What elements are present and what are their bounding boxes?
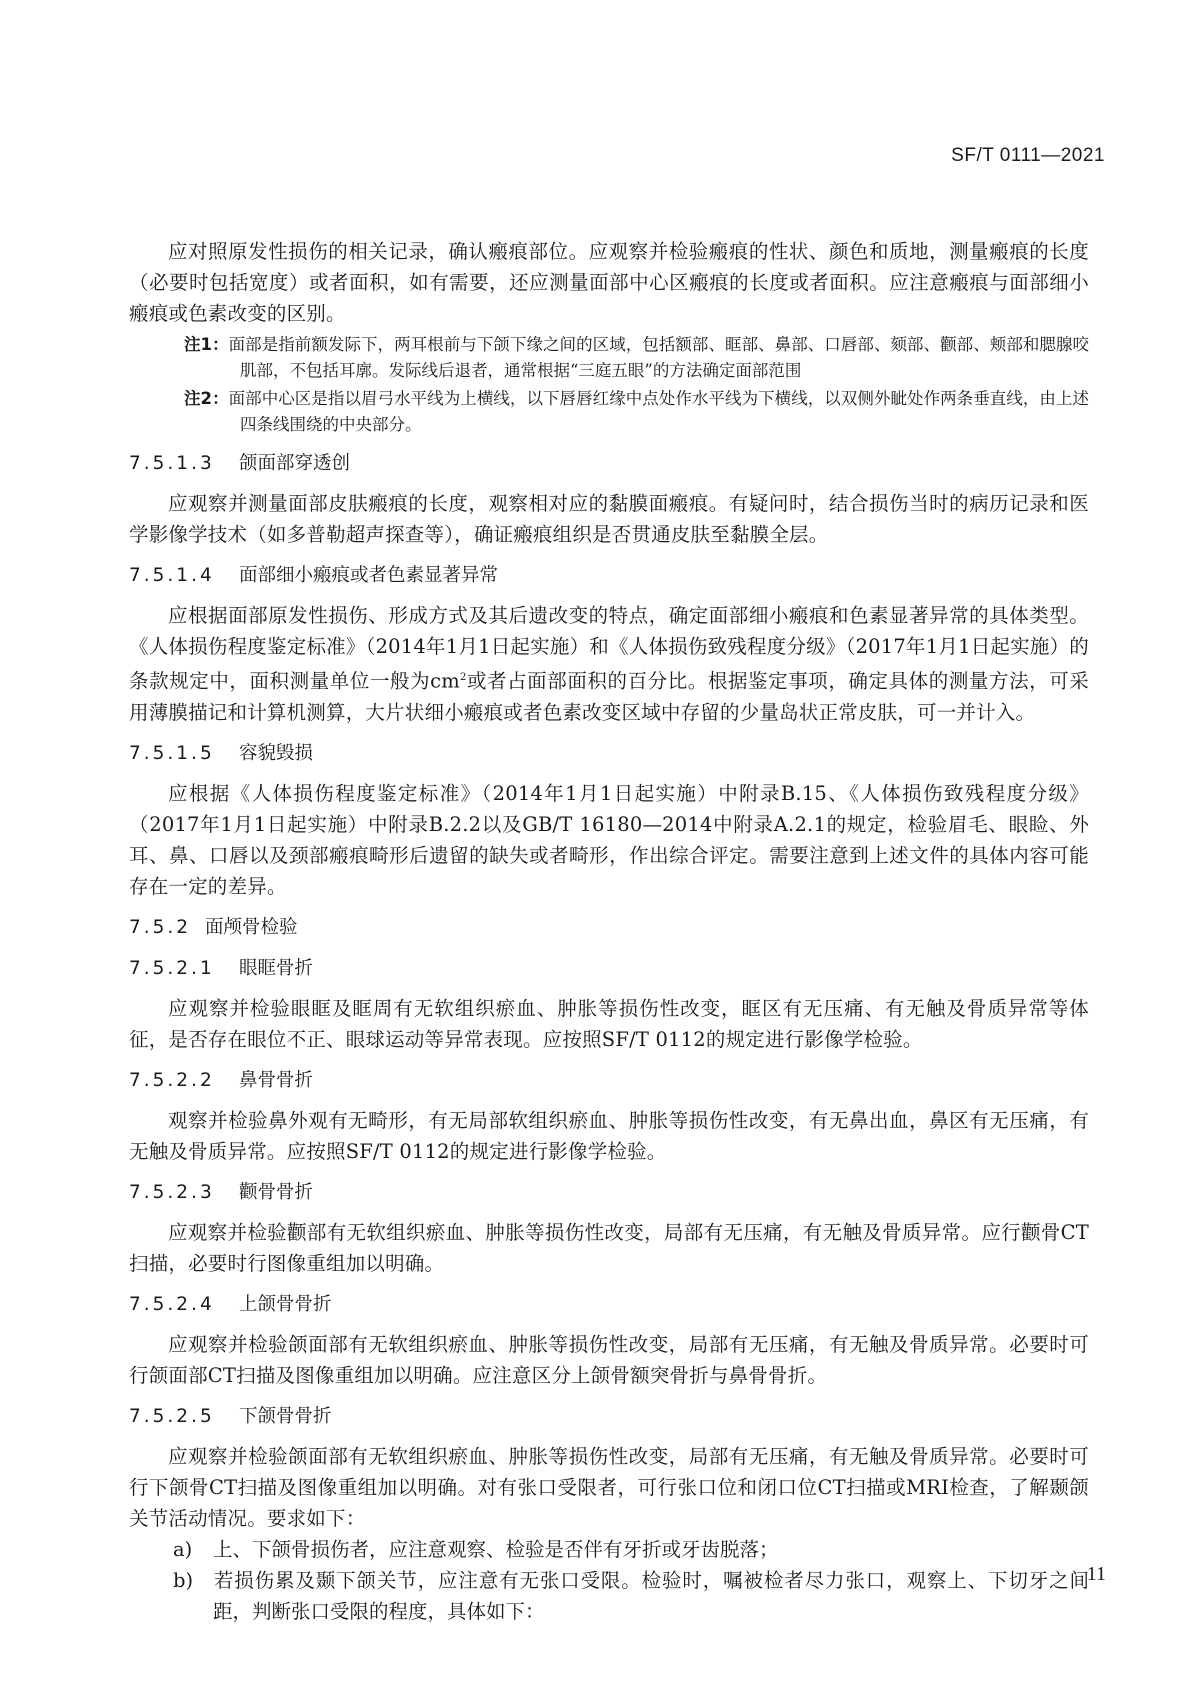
list-item-text: 上、下颌骨损伤者，应注意观察、检验是否伴有牙折或牙齿脱落； xyxy=(213,1538,779,1561)
list-item-a: a)上、下颌骨损伤者，应注意观察、检验是否伴有牙折或牙齿脱落； xyxy=(129,1534,1089,1565)
section-number: 7.5.2.5 xyxy=(129,1402,239,1432)
section-paragraph: 观察并检验鼻外观有无畸形，有无局部软组织瘀血、肿胀等损伤性改变，有无鼻出血，鼻区… xyxy=(129,1105,1089,1167)
list-marker: b) xyxy=(173,1565,213,1596)
section-number: 7.5.2.4 xyxy=(129,1290,239,1320)
section-paragraph: 应观察并检验眼眶及眶周有无软组织瘀血、肿胀等损伤性改变，眶区有无压痛、有无触及骨… xyxy=(129,993,1089,1055)
section-title: 容貌毁损 xyxy=(239,743,313,764)
section-heading-7-5-2-1: 7.5.2.1眼眶骨折 xyxy=(129,954,1089,984)
section-heading-7-5-2: 7.5.2面颅骨检验 xyxy=(129,913,1089,943)
note-text: 面部是指前额发际下，两耳根前与下颌下缘之间的区域，包括额部、眶部、鼻部、口唇部、… xyxy=(229,335,1089,380)
section-number: 7.5.1.5 xyxy=(129,739,239,769)
section-heading-7-5-1-3: 7.5.1.3颌面部穿透创 xyxy=(129,449,1089,479)
section-title: 面颅骨检验 xyxy=(205,917,298,938)
section-heading-7-5-2-5: 7.5.2.5下颌骨骨折 xyxy=(129,1402,1089,1432)
section-number: 7.5.2.3 xyxy=(129,1178,239,1208)
list-item-b: b)若损伤累及颞下颌关节，应注意有无张口受限。检验时，嘱被检者尽力张口，观察上、… xyxy=(129,1565,1089,1627)
note-1: 注1：面部是指前额发际下，两耳根前与下颌下缘之间的区域，包括额部、眶部、鼻部、口… xyxy=(129,332,1089,384)
section-paragraph: 应观察并测量面部皮肤瘢痕的长度，观察相对应的黏膜面瘢痕。有疑问时，结合损伤当时的… xyxy=(129,488,1089,550)
section-title: 上颌骨骨折 xyxy=(239,1294,332,1315)
intro-paragraph: 应对照原发性损伤的相关记录，确认瘢痕部位。应观察并检验瘢痕的性状、颜色和质地，测… xyxy=(129,236,1089,329)
document-code: SF/T 0111—2021 xyxy=(951,145,1105,167)
section-title: 面部细小瘢痕或者色素显著异常 xyxy=(239,565,498,586)
section-number: 7.5.1.4 xyxy=(129,561,239,591)
note-label: 注1： xyxy=(184,335,229,354)
page-number: 11 xyxy=(1087,1563,1106,1586)
section-title: 颧骨骨折 xyxy=(239,1182,313,1203)
section-number: 7.5.2.1 xyxy=(129,954,239,984)
section-title: 下颌骨骨折 xyxy=(239,1406,332,1427)
section-heading-7-5-1-5: 7.5.1.5容貌毁损 xyxy=(129,739,1089,769)
section-number: 7.5.2.2 xyxy=(129,1066,239,1096)
section-number: 7.5.2 xyxy=(129,913,205,943)
note-2: 注2：面部中心区是指以眉弓水平线为上横线，以下唇唇红缘中点处作水平线为下横线，以… xyxy=(129,386,1089,438)
section-title: 眼眶骨折 xyxy=(239,958,313,979)
section-paragraph: 应观察并检验颧部有无软组织瘀血、肿胀等损伤性改变，局部有无压痛，有无触及骨质异常… xyxy=(129,1217,1089,1279)
section-heading-7-5-2-4: 7.5.2.4上颌骨骨折 xyxy=(129,1290,1089,1320)
list-item-text: 若损伤累及颞下颌关节，应注意有无张口受限。检验时，嘱被检者尽力张口，观察上、下切… xyxy=(213,1569,1089,1623)
note-text: 面部中心区是指以眉弓水平线为上横线，以下唇唇红缘中点处作水平线为下横线，以双侧外… xyxy=(229,389,1089,434)
section-paragraph: 应根据《人体损伤程度鉴定标准》（2014年1月1日起实施）中附录B.15、《人体… xyxy=(129,778,1089,902)
section-number: 7.5.1.3 xyxy=(129,449,239,479)
section-paragraph: 应观察并检验颌面部有无软组织瘀血、肿胀等损伤性改变，局部有无压痛，有无触及骨质异… xyxy=(129,1329,1089,1391)
list-marker: a) xyxy=(173,1534,213,1565)
document-page: SF/T 0111—2021 应对照原发性损伤的相关记录，确认瘢痕部位。应观察并… xyxy=(0,0,1199,1696)
section-heading-7-5-2-2: 7.5.2.2鼻骨骨折 xyxy=(129,1066,1089,1096)
section-paragraph: 应根据面部原发性损伤、形成方式及其后遗改变的特点，确定面部细小瘢痕和色素显著异常… xyxy=(129,600,1089,728)
page-content: 应对照原发性损伤的相关记录，确认瘢痕部位。应观察并检验瘢痕的性状、颜色和质地，测… xyxy=(129,236,1089,1627)
section-title: 鼻骨骨折 xyxy=(239,1070,313,1091)
section-heading-7-5-2-3: 7.5.2.3颧骨骨折 xyxy=(129,1178,1089,1208)
section-title: 颌面部穿透创 xyxy=(239,453,350,474)
section-paragraph: 应观察并检验颌面部有无软组织瘀血、肿胀等损伤性改变，局部有无压痛，有无触及骨质异… xyxy=(129,1441,1089,1534)
section-heading-7-5-1-4: 7.5.1.4面部细小瘢痕或者色素显著异常 xyxy=(129,561,1089,591)
note-label: 注2： xyxy=(184,389,229,408)
